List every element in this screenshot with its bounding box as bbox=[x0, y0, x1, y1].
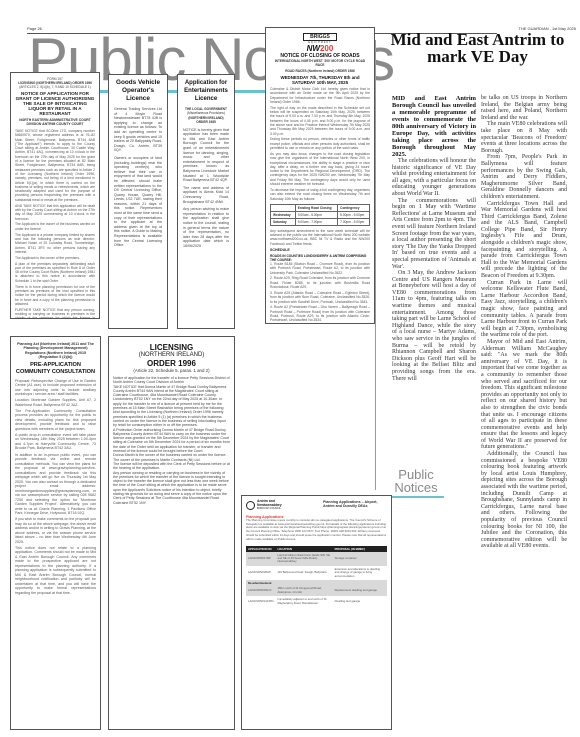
licensing-heading: LICENSING bbox=[113, 343, 230, 352]
article-column-2: be talks on US troops in Northern Irelan… bbox=[481, 95, 567, 735]
after-table: Any subsequent amendment to the race wee… bbox=[270, 229, 370, 246]
articles: (ARTICLES 2, 5(1)(b), 7, 9 AND 10 SCHEDU… bbox=[15, 85, 95, 89]
article-lead: MID and East Antrim Borough Council has … bbox=[392, 95, 476, 158]
notice-title: Application for Entertainments Licence bbox=[183, 79, 229, 103]
order: ROAD RACES (Northern Ireland) ORDER 1986 bbox=[270, 69, 370, 73]
article-column-1: MID and East Antrim Borough Council has … bbox=[392, 95, 476, 518]
planning-table: APPLICATION NOLOCATIONPROPOSAL (IN BRIEF… bbox=[246, 546, 387, 607]
licensing-region: (NORTHERN IRELAND) bbox=[113, 352, 230, 359]
schedule-subtitle: ROADS IN COUNTIES LONDONDERRY & ANTRIM C… bbox=[270, 254, 370, 262]
ve-day-article: Mid and East Antrim to mark VE Day MID a… bbox=[384, 27, 571, 737]
goods-vehicle-notice: Goods Vehicle Operator's Licence General… bbox=[108, 74, 168, 329]
planning-applications-notice: Antrim andNewtownabbeyBOROUGH COUNCIL Pl… bbox=[241, 495, 392, 730]
court-name: NORTH EASTERN ADMINISTRATIVE COURT DIVIS… bbox=[15, 118, 95, 126]
schedule-title: SCHEDULE bbox=[270, 248, 370, 252]
road-closing-notice: BRIGGS EQUIPMENT NW200 NOTICE OF CLOSING… bbox=[265, 27, 375, 324]
notice-title: NOTICE OF APPLICATION FOR GRANT OF LICEN… bbox=[15, 91, 95, 116]
notice-body: Notice of application for the transfer o… bbox=[113, 376, 230, 505]
notice-subtitle: INTERNATIONAL NORTH WEST '200' MOTOR CYC… bbox=[270, 59, 370, 67]
licensing-order: ORDER 1996 bbox=[113, 359, 230, 368]
council-logo: Antrim andNewtownabbeyBOROUGH COUNCIL bbox=[246, 500, 282, 511]
article-headline: Mid and East Antrim to mark VE Day bbox=[384, 31, 571, 65]
table-row: Wednesday9.00am - 5.00pm5.00pm - 9.00pm bbox=[271, 211, 370, 218]
briggs-logo: BRIGGS bbox=[303, 33, 337, 41]
act-heading: Planning Act (Northern Ireland) 2011 and… bbox=[15, 342, 96, 360]
legislation-line: ORDER 1985 bbox=[183, 120, 229, 124]
nw200-logo: NW200 bbox=[270, 44, 370, 53]
notice-body: General Trading Services Ltd of 4 Moyle … bbox=[114, 107, 162, 248]
road-closing-table: Existing Road ClosingContingency Wednesd… bbox=[270, 204, 370, 226]
notice-title: PRE-APPLICATION COMMUNITY CONSULTATION bbox=[15, 362, 96, 376]
planning-title: Planning Applications – Airport, Antrim … bbox=[323, 500, 387, 509]
notice-body: NOTICE is hereby given that application … bbox=[183, 128, 229, 249]
licensing-article: (Article 22, Schedule 5. paras. 1 and 2) bbox=[113, 368, 230, 374]
notice-body: TAKE NOTICE that SCOlive LTD, company nu… bbox=[15, 129, 95, 319]
notice-body: Coleraine & District Motor Club Ltd. her… bbox=[270, 87, 370, 201]
table-row: Saturday9.00am - 7.00pm7.00pm - 9.00pm bbox=[271, 218, 370, 225]
planning-description: The Planning Committee meets monthly to … bbox=[246, 519, 387, 542]
column-divider bbox=[375, 40, 376, 490]
table-row: LA03/2025/0211/RMImmediately adjacent to… bbox=[246, 596, 387, 607]
table-row: LA03/2025/0178/FLand at Gibson Solar Far… bbox=[246, 552, 387, 566]
liquor-licence-notice: FORM 197 LICENSING (NORTHERN IRELAND) OR… bbox=[10, 72, 100, 319]
entertainments-licence-notice: Application for Entertainments Licence T… bbox=[177, 74, 235, 329]
schedule-list: 1. Route B185 (Station Road – Cromore Ro… bbox=[270, 262, 370, 324]
notice-title: Goods Vehicle Operator's Licence bbox=[114, 79, 162, 103]
licensing-transfer-notice: LICENSING (NORTHERN IRELAND) ORDER 1996 … bbox=[108, 336, 235, 730]
council-emblem-icon bbox=[246, 501, 255, 510]
notice-body: Proposal: Retrospective Change of Use to… bbox=[15, 379, 96, 596]
race-dates: WEDNESDAY 7th, THURSDAY 8th and SATURDAY… bbox=[270, 75, 370, 85]
table-row: LA03/2025/0282/F119 Ballymena Road, Doag… bbox=[246, 566, 387, 580]
table-row: LA03/2025/0031/O480m north of 21 Dungonn… bbox=[246, 585, 387, 596]
pre-application-notice: Planning Act (Northern Ireland) 2011 and… bbox=[10, 336, 101, 730]
